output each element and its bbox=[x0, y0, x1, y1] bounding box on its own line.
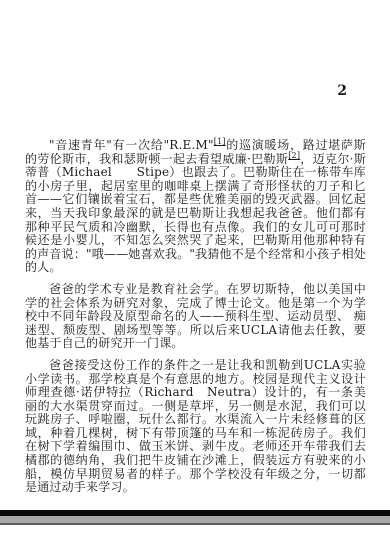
text-body: "音速青年"有一次给"R.E.M"[1]的巡演暖场，路过堪萨斯的劳伦斯市，我和瑟… bbox=[25, 139, 366, 503]
page-number: 2 bbox=[337, 83, 347, 99]
paragraph-text: 爸爸的学术专业是教育社会学。在罗切斯特，他以美国中学的社会体系为研究对象，完成了… bbox=[25, 282, 366, 350]
document-page: 2 "音速青年"有一次给"R.E.M"[1]的巡演暖场，路过堪萨斯的劳伦斯市，我… bbox=[0, 0, 390, 546]
paragraph-text: 爸爸接受这份工作的条件之一是让我和凯勒到UCLA实验小学读书。那学校真是个有意思… bbox=[25, 358, 366, 494]
paragraph-text: "音速青年"有一次给"R.E.M" bbox=[49, 138, 214, 152]
page-bottom-edge-line bbox=[0, 523, 390, 525]
paragraph-3: 爸爸接受这份工作的条件之一是让我和凯勒到UCLA实验小学读书。那学校真是个有意思… bbox=[25, 359, 366, 495]
paragraph-text: ，迈克尔·斯蒂普（Michael Stipe）也跟去了。巴勒斯住在一栋带车库的小… bbox=[25, 152, 366, 275]
page-bottom-edge-gray bbox=[0, 516, 390, 523]
paragraph-1: "音速青年"有一次给"R.E.M"[1]的巡演暖场，路过堪萨斯的劳伦斯市，我和瑟… bbox=[25, 139, 366, 275]
footnote-ref-2[interactable]: [2] bbox=[288, 151, 300, 160]
paragraph-2: 爸爸的学术专业是教育社会学。在罗切斯特，他以美国中学的社会体系为研究对象，完成了… bbox=[25, 283, 366, 351]
footnote-ref-1[interactable]: [1] bbox=[214, 137, 226, 146]
